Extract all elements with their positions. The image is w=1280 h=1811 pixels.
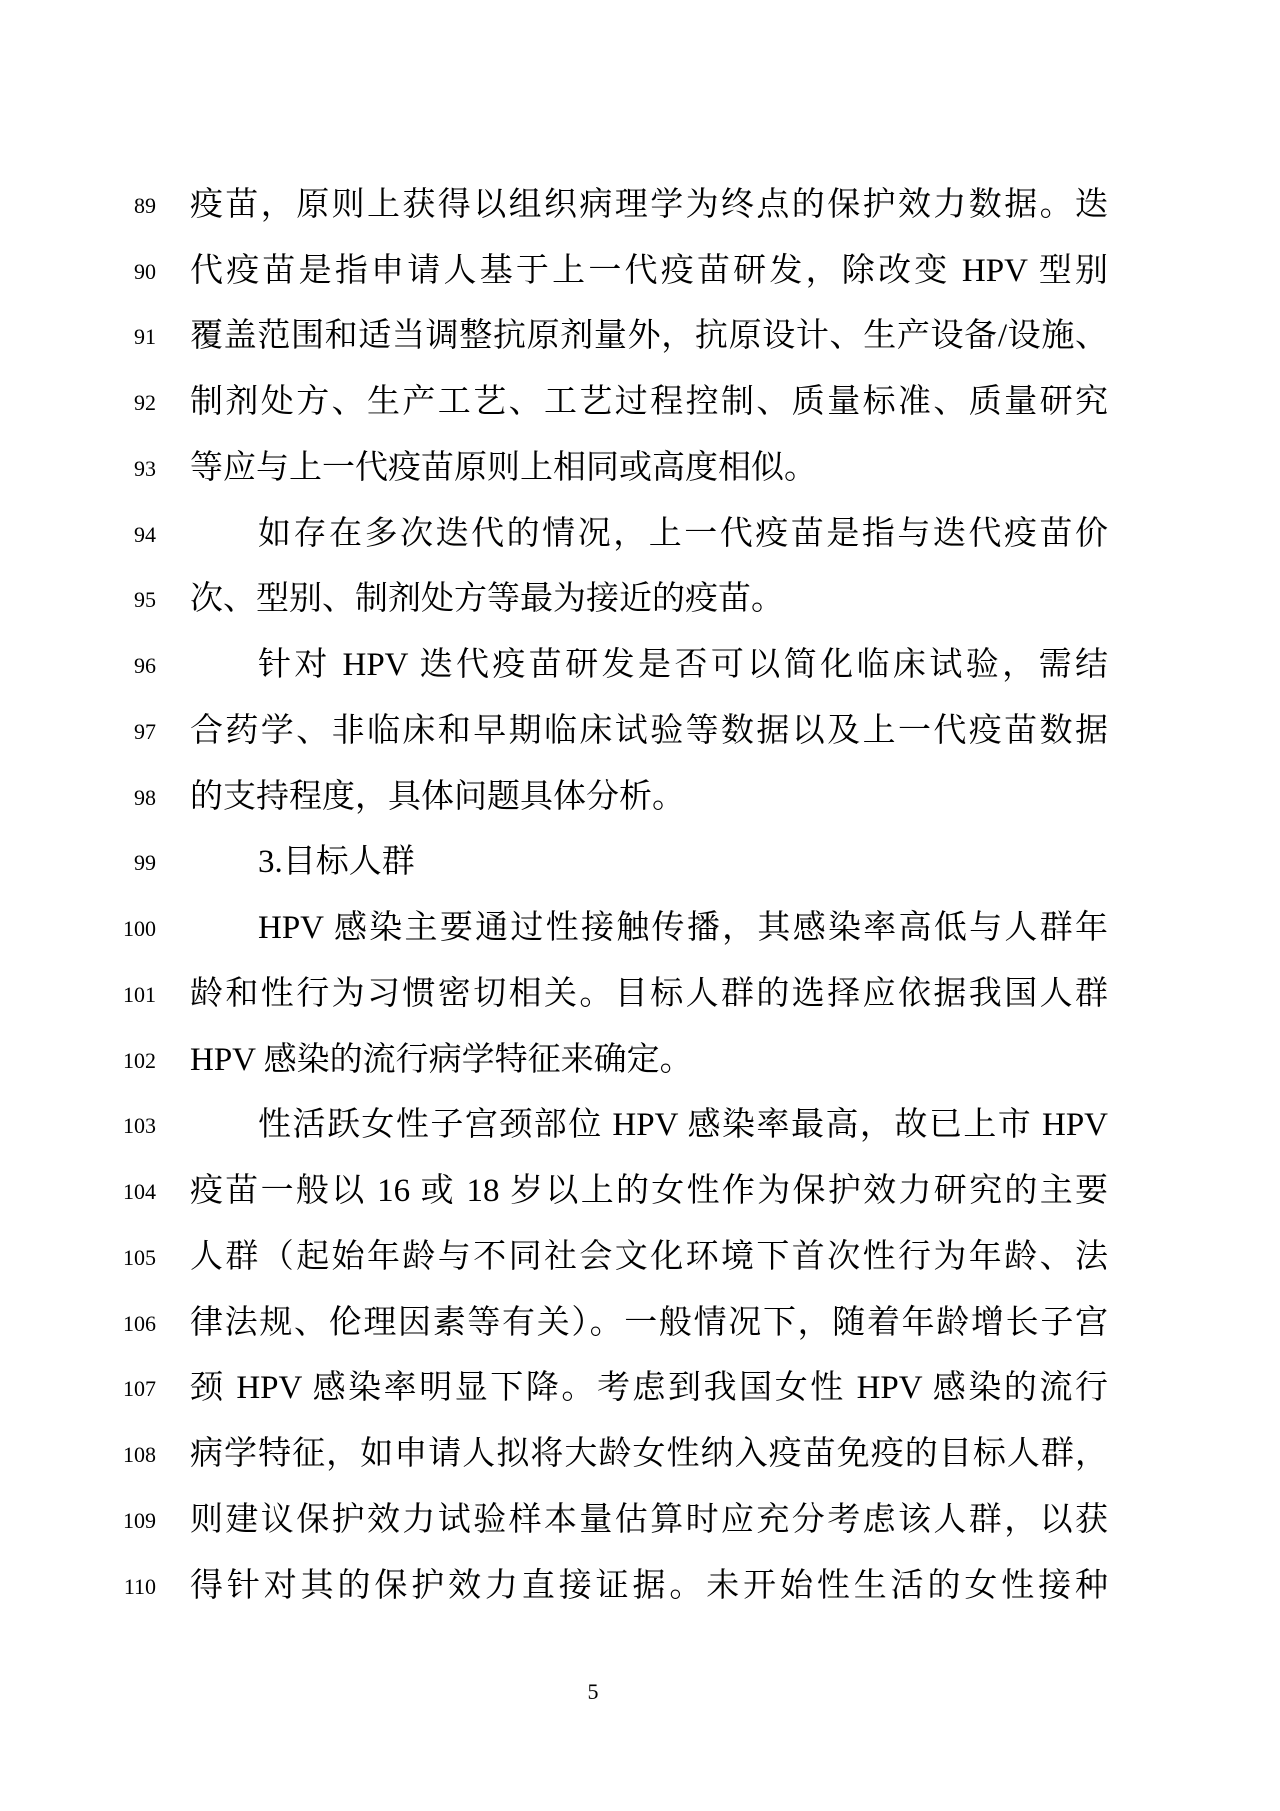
line-text: HPV 感染主要通过性接触传播，其感染率高低与人群年 — [190, 910, 1108, 948]
line-text: 人群（起始年龄与不同社会文化环境下首次性行为年龄、法 — [190, 1239, 1108, 1277]
text-line: 99 3.目标人群 — [0, 831, 1280, 897]
line-number: 100 — [0, 918, 156, 940]
line-text: 覆盖范围和适当调整抗原剂量外，抗原设计、生产设备/设施、 — [190, 318, 1108, 356]
text-line: 101 龄和性行为习惯密切相关。目标人群的选择应依据我国人群 — [0, 962, 1280, 1028]
text-line: 92 制剂处方、生产工艺、工艺过程控制、质量标准、质量研究 — [0, 370, 1280, 436]
text-line: 98 的支持程度，具体问题具体分析。 — [0, 765, 1280, 831]
line-number: 91 — [0, 326, 156, 348]
line-number: 106 — [0, 1313, 156, 1335]
line-text: 次、型别、制剂处方等最为接近的疫苗。 — [190, 581, 1108, 619]
line-text: 针对 HPV 迭代疫苗研发是否可以简化临床试验，需结 — [190, 647, 1108, 685]
line-number: 102 — [0, 1050, 156, 1072]
line-number: 97 — [0, 721, 156, 743]
text-line: 95 次、型别、制剂处方等最为接近的疫苗。 — [0, 568, 1280, 634]
line-text: 如存在多次迭代的情况，上一代疫苗是指与迭代疫苗价 — [190, 516, 1108, 554]
line-text: 的支持程度，具体问题具体分析。 — [190, 779, 1108, 817]
line-number: 105 — [0, 1247, 156, 1269]
text-line: 100 HPV 感染主要通过性接触传播，其感染率高低与人群年 — [0, 896, 1280, 962]
line-number: 107 — [0, 1378, 156, 1400]
line-number: 92 — [0, 392, 156, 414]
line-text: 疫苗一般以 16 或 18 岁以上的女性作为保护效力研究的主要 — [190, 1173, 1108, 1211]
line-text: 得针对其的保护效力直接证据。未开始性生活的女性接种 — [190, 1568, 1108, 1606]
text-line: 110 得针对其的保护效力直接证据。未开始性生活的女性接种 — [0, 1554, 1280, 1620]
text-line: 107 颈 HPV 感染率明显下降。考虑到我国女性 HPV 感染的流行 — [0, 1357, 1280, 1423]
line-number: 108 — [0, 1444, 156, 1466]
line-number: 93 — [0, 458, 156, 480]
text-line: 89 疫苗，原则上获得以组织病理学为终点的保护效力数据。迭 — [0, 173, 1280, 239]
document-page: 89 疫苗，原则上获得以组织病理学为终点的保护效力数据。迭 90 代疫苗是指申请… — [0, 0, 1280, 1811]
line-number: 98 — [0, 787, 156, 809]
text-line: 103 性活跃女性子宫颈部位 HPV 感染率最高，故已上市 HPV — [0, 1094, 1280, 1160]
line-number: 96 — [0, 655, 156, 677]
line-number: 94 — [0, 524, 156, 546]
text-line: 90 代疫苗是指申请人基于上一代疫苗研发，除改变 HPV 型别 — [0, 239, 1280, 305]
text-line: 102 HPV 感染的流行病学特征来确定。 — [0, 1028, 1280, 1094]
line-number: 89 — [0, 195, 156, 217]
line-text: 病学特征，如申请人拟将大龄女性纳入疫苗免疫的目标人群， — [190, 1436, 1108, 1474]
line-text: 合药学、非临床和早期临床试验等数据以及上一代疫苗数据 — [190, 713, 1108, 751]
line-text: 制剂处方、生产工艺、工艺过程控制、质量标准、质量研究 — [190, 384, 1108, 422]
line-text: 律法规、伦理因素等有关）。一般情况下，随着年龄增长子宫 — [190, 1305, 1108, 1343]
text-line: 97 合药学、非临床和早期临床试验等数据以及上一代疫苗数据 — [0, 699, 1280, 765]
line-text: 龄和性行为习惯密切相关。目标人群的选择应依据我国人群 — [190, 976, 1108, 1014]
text-line: 91 覆盖范围和适当调整抗原剂量外，抗原设计、生产设备/设施、 — [0, 305, 1280, 371]
text-line: 104 疫苗一般以 16 或 18 岁以上的女性作为保护效力研究的主要 — [0, 1159, 1280, 1225]
line-number: 109 — [0, 1510, 156, 1532]
text-line: 106 律法规、伦理因素等有关）。一般情况下，随着年龄增长子宫 — [0, 1291, 1280, 1357]
text-line: 94 如存在多次迭代的情况，上一代疫苗是指与迭代疫苗价 — [0, 502, 1280, 568]
page-number: 5 — [0, 1681, 1186, 1703]
line-number: 110 — [0, 1576, 156, 1598]
line-number: 103 — [0, 1115, 156, 1137]
line-text: 3.目标人群 — [190, 844, 1108, 882]
line-text: 疫苗，原则上获得以组织病理学为终点的保护效力数据。迭 — [190, 187, 1108, 225]
text-line: 96 针对 HPV 迭代疫苗研发是否可以简化临床试验，需结 — [0, 633, 1280, 699]
text-line: 109 则建议保护效力试验样本量估算时应充分考虑该人群，以获 — [0, 1488, 1280, 1554]
line-text: 代疫苗是指申请人基于上一代疫苗研发，除改变 HPV 型别 — [190, 253, 1108, 291]
text-line: 108 病学特征，如申请人拟将大龄女性纳入疫苗免疫的目标人群， — [0, 1422, 1280, 1488]
line-number: 90 — [0, 261, 156, 283]
line-text: 性活跃女性子宫颈部位 HPV 感染率最高，故已上市 HPV — [190, 1107, 1108, 1145]
text-line: 105 人群（起始年龄与不同社会文化环境下首次性行为年龄、法 — [0, 1225, 1280, 1291]
line-number: 101 — [0, 984, 156, 1006]
line-text: HPV 感染的流行病学特征来确定。 — [190, 1042, 1108, 1080]
line-number: 104 — [0, 1181, 156, 1203]
line-text: 则建议保护效力试验样本量估算时应充分考虑该人群，以获 — [190, 1502, 1108, 1540]
line-number: 95 — [0, 589, 156, 611]
line-text: 颈 HPV 感染率明显下降。考虑到我国女性 HPV 感染的流行 — [190, 1370, 1108, 1408]
line-text: 等应与上一代疫苗原则上相同或高度相似。 — [190, 450, 1108, 488]
document-body: 89 疫苗，原则上获得以组织病理学为终点的保护效力数据。迭 90 代疫苗是指申请… — [0, 173, 1280, 1620]
line-number: 99 — [0, 852, 156, 874]
text-line: 93 等应与上一代疫苗原则上相同或高度相似。 — [0, 436, 1280, 502]
